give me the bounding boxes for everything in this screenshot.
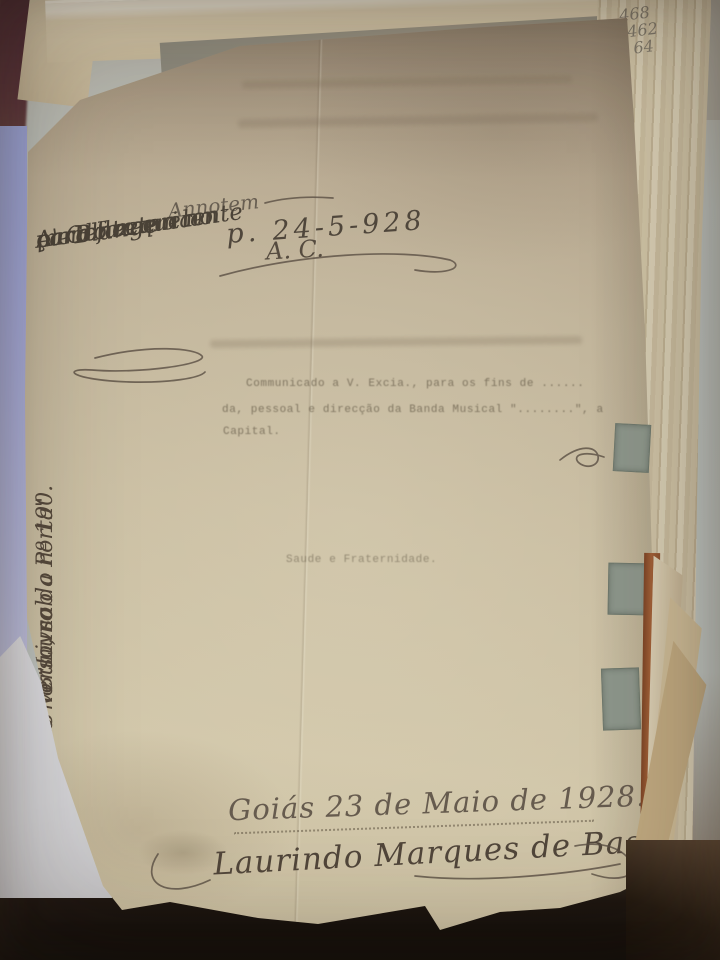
stack-number: 64 bbox=[632, 37, 654, 56]
flourish-annotem bbox=[265, 197, 333, 203]
dark-corner-shadow bbox=[626, 840, 720, 960]
tape-remnant bbox=[613, 423, 651, 473]
tape-remnant bbox=[601, 667, 641, 730]
pen-flourishes bbox=[20, 8, 660, 938]
flourish-top-signature bbox=[220, 254, 456, 276]
pencil-squiggle bbox=[560, 448, 604, 466]
tape-remnant bbox=[608, 563, 649, 616]
flourish-signature-lead bbox=[152, 854, 210, 889]
flourish-signature-underline bbox=[415, 864, 620, 879]
flourish-signature-tail bbox=[575, 844, 633, 878]
flourish-note-signature bbox=[74, 349, 205, 382]
archival-photo: 468 462 64 Annotem p. 24-5-928 A. C. A' … bbox=[0, 0, 720, 960]
document-page: Annotem p. 24-5-928 A. C. A' Collectoria… bbox=[20, 8, 660, 938]
